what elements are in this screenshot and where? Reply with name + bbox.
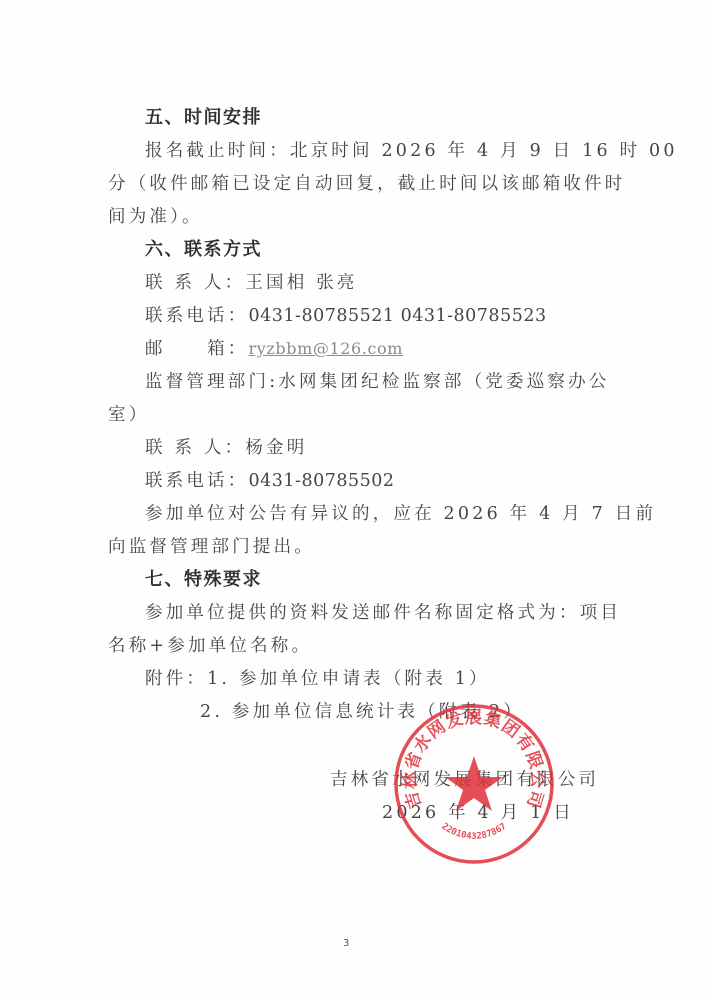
page-number: 3 [343, 938, 349, 949]
contact-email-row: 邮 箱：ryzbbm@126.com [145, 337, 403, 361]
special-line-2: 名称+参加单位名称。 [108, 634, 312, 658]
objection-line-1: 参加单位对公告有异议的，应在 2026 年 4 月 7 日前 [145, 502, 656, 526]
supervision-contact-label: 联 系 人： [145, 438, 245, 458]
supervision-contact-value: 杨金明 [245, 438, 307, 458]
objection-line-2: 向监督管理部门提出。 [108, 535, 315, 559]
supervision-contact-row: 联 系 人：杨金明 [145, 436, 307, 460]
attachment-line-1: 附件：1. 参加单位申请表（附表 1） [145, 667, 490, 691]
contact-person-row: 联 系 人：王国相 张亮 [145, 271, 358, 295]
deadline-line-2: 分（收件邮箱已设定自动回复，截止时间以该邮箱收件时 [108, 172, 626, 196]
deadline-line-3: 间为准）。 [108, 205, 203, 229]
contact-email-label: 邮 箱： [145, 339, 249, 359]
contact-phone-label: 联系电话： [145, 306, 249, 326]
attachment-line-2: 2. 参加单位信息统计表（附表 2） [200, 700, 524, 724]
signature-date: 2026 年 4 月 1 日 [382, 801, 574, 825]
contact-phone-row: 联系电话：0431-80785521 0431-80785523 [145, 304, 547, 328]
section-heading-schedule: 五、时间安排 [145, 106, 262, 130]
document-page: 五、时间安排 报名截止时间：北京时间 2026 年 4 月 9 日 16 时 0… [0, 0, 707, 1000]
supervision-dept-line-2: 室） [108, 403, 149, 427]
deadline-line-1: 报名截止时间：北京时间 2026 年 4 月 9 日 16 时 00 [145, 139, 678, 163]
section-heading-contact: 六、联系方式 [145, 238, 262, 262]
supervision-dept-line-1: 监督管理部门:水网集团纪检监察部（党委巡察办公 [145, 370, 610, 394]
contact-email-link[interactable]: ryzbbm@126.com [249, 339, 404, 358]
supervision-phone-value: 0431-80785502 [249, 471, 395, 491]
special-line-1: 参加单位提供的资料发送邮件名称固定格式为：项目 [145, 601, 621, 625]
supervision-phone-label: 联系电话： [145, 471, 249, 491]
signature-company: 吉林省水网发展集团有限公司 [330, 768, 599, 792]
section-heading-special: 七、特殊要求 [145, 568, 262, 592]
contact-person-label: 联 系 人： [145, 273, 245, 293]
contact-phone-value: 0431-80785521 0431-80785523 [249, 306, 547, 326]
contact-person-value: 王国相 张亮 [245, 273, 357, 293]
supervision-phone-row: 联系电话：0431-80785502 [145, 469, 395, 493]
